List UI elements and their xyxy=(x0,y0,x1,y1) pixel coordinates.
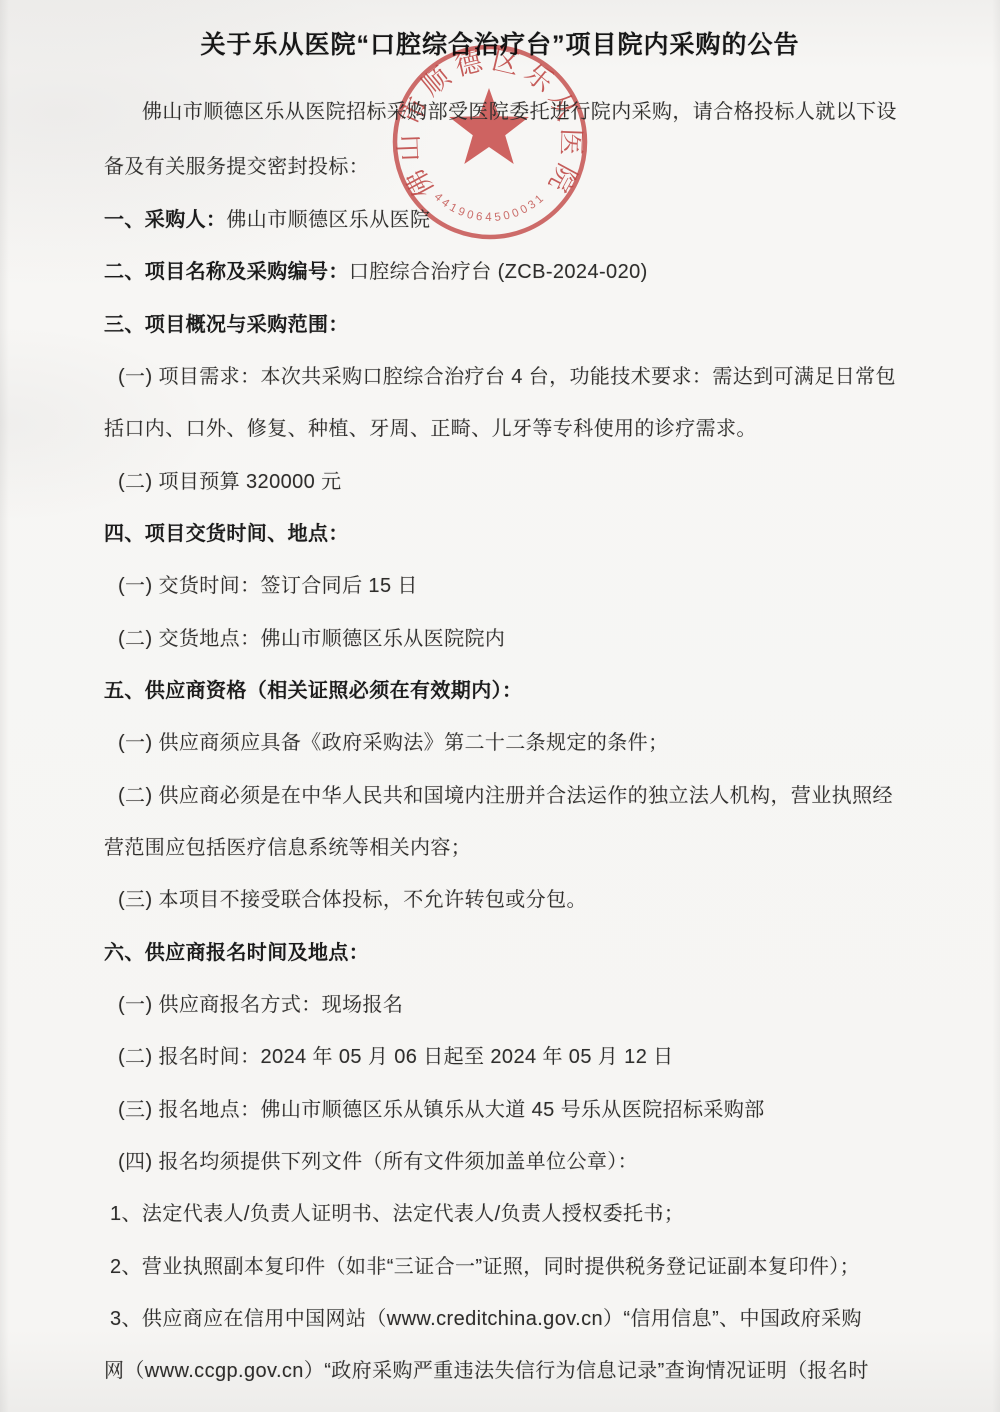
line-text: (三) 本项目不接受联合体投标，不允许转包或分包。 xyxy=(118,889,587,911)
seal-serial-text: 4419064500031 xyxy=(432,191,549,224)
line-text: 营范围应包括医疗信息系统等相关内容； xyxy=(104,837,471,859)
line-text: (一) 交货时间：签订合同后 15 日 xyxy=(118,575,418,597)
line-text: (四) 报名均须提供下列文件（所有文件须加盖单位公章）： xyxy=(118,1151,638,1173)
line-text: 佛山市顺德区乐从医院 xyxy=(226,209,430,231)
line-text: 佛山市顺德区乐从医院招标采购部受医院委托进行院内采购，请合格投标人就以下设 xyxy=(142,101,897,123)
section-5-item-1: (一) 供应商须应具备《政府采购法》第二十二条规定的条件； xyxy=(118,731,668,756)
line-text: (一) 供应商须应具备《政府采购法》第二十二条规定的条件； xyxy=(118,732,668,754)
section-1-purchaser: 一、采购人：佛山市顺德区乐从医院 xyxy=(104,208,430,233)
line-text: (一) 项目需求：本次共采购口腔综合治疗台 4 台，功能技术要求：需达到可满足日… xyxy=(118,366,896,388)
required-doc-3-line-1: 3、供应商应在信用中国网站（www.creditchina.gov.cn）“信用… xyxy=(110,1307,862,1332)
line-text: 网（www.ccgp.gov.cn）“政府采购严重违法失信行为信息记录”查询情况… xyxy=(104,1360,869,1382)
line-text: (二) 项目预算 320000 元 xyxy=(118,471,342,493)
line-label: 二、项目名称及采购编号： xyxy=(104,261,349,283)
section-4-item-1: (一) 交货时间：签订合同后 15 日 xyxy=(118,574,418,599)
line-text: (一) 供应商报名方式：现场报名 xyxy=(118,994,403,1016)
line-label: 四、项目交货时间、地点： xyxy=(104,523,349,545)
seal-serial-textpath: 4419064500031 xyxy=(432,191,549,224)
document-title: 关于乐从医院“口腔综合治疗台”项目院内采购的公告 xyxy=(0,25,1000,61)
line-text: (三) 报名地点：佛山市顺德区乐从镇乐从大道 45 号乐从医院招标采购部 xyxy=(118,1099,765,1121)
line-text: 1、法定代表人/负责人证明书、法定代表人/负责人授权委托书； xyxy=(110,1203,684,1225)
section-5-item-2-line-2: 营范围应包括医疗信息系统等相关内容； xyxy=(104,836,471,861)
section-6-heading: 六、供应商报名时间及地点： xyxy=(104,941,369,966)
section-5-item-2-line-1: (二) 供应商必须是在中华人民共和国境内注册并合法运作的独立法人机构，营业执照经 xyxy=(118,784,893,809)
required-doc-2: 2、营业执照副本复印件（如非“三证合一”证照，同时提供税务登记证副本复印件）； xyxy=(110,1255,860,1280)
line-label: 六、供应商报名时间及地点： xyxy=(104,942,369,964)
line-text: 括口内、口外、修复、种植、牙周、正畸、儿牙等专科使用的诊疗需求。 xyxy=(104,418,757,440)
section-3-item-2: (二) 项目预算 320000 元 xyxy=(118,470,342,495)
section-2-project-name: 二、项目名称及采购编号：口腔综合治疗台 (ZCB-2024-020) xyxy=(104,260,648,285)
line-label: 一、采购人： xyxy=(104,209,226,231)
line-text: (二) 供应商必须是在中华人民共和国境内注册并合法运作的独立法人机构，营业执照经 xyxy=(118,785,893,807)
line-text: 3、供应商应在信用中国网站（www.creditchina.gov.cn）“信用… xyxy=(110,1308,862,1330)
section-3-heading: 三、项目概况与采购范围： xyxy=(104,313,349,338)
section-4-heading: 四、项目交货时间、地点： xyxy=(104,522,349,547)
section-4-item-2: (二) 交货地点：佛山市顺德区乐从医院院内 xyxy=(118,627,505,652)
required-doc-1: 1、法定代表人/负责人证明书、法定代表人/负责人授权委托书； xyxy=(110,1202,684,1227)
line-label: 五、供应商资格（相关证照必须在有效期内）： xyxy=(104,680,522,702)
line-text: 备及有关服务提交密封投标： xyxy=(104,156,369,178)
section-6-item-1: (一) 供应商报名方式：现场报名 xyxy=(118,993,403,1018)
section-3-item-1-line-2: 括口内、口外、修复、种植、牙周、正畸、儿牙等专科使用的诊疗需求。 xyxy=(104,417,757,442)
section-3-item-1-line-1: (一) 项目需求：本次共采购口腔综合治疗台 4 台，功能技术要求：需达到可满足日… xyxy=(118,365,896,390)
section-5-item-3: (三) 本项目不接受联合体投标，不允许转包或分包。 xyxy=(118,888,587,913)
line-text: 2、营业执照副本复印件（如非“三证合一”证照，同时提供税务登记证副本复印件）； xyxy=(110,1256,860,1278)
section-5-heading: 五、供应商资格（相关证照必须在有效期内）： xyxy=(104,679,522,704)
scanned-document-page: 关于乐从医院“口腔综合治疗台”项目院内采购的公告 佛山市顺德区乐从医院 4419… xyxy=(0,0,1000,1412)
line-text: (二) 报名时间：2024 年 05 月 06 日起至 2024 年 05 月 … xyxy=(118,1046,674,1068)
intro-paragraph-line-1: 佛山市顺德区乐从医院招标采购部受医院委托进行院内采购，请合格投标人就以下设 xyxy=(142,100,897,125)
section-6-item-4: (四) 报名均须提供下列文件（所有文件须加盖单位公章）： xyxy=(118,1150,638,1175)
required-doc-3-line-2: 网（www.ccgp.gov.cn）“政府采购严重违法失信行为信息记录”查询情况… xyxy=(104,1359,869,1384)
line-text: (二) 交货地点：佛山市顺德区乐从医院院内 xyxy=(118,628,505,650)
section-6-item-3: (三) 报名地点：佛山市顺德区乐从镇乐从大道 45 号乐从医院招标采购部 xyxy=(118,1098,765,1123)
line-label: 三、项目概况与采购范围： xyxy=(104,314,349,336)
line-text: 口腔综合治疗台 (ZCB-2024-020) xyxy=(349,261,648,283)
section-6-item-2: (二) 报名时间：2024 年 05 月 06 日起至 2024 年 05 月 … xyxy=(118,1045,674,1070)
intro-paragraph-line-2: 备及有关服务提交密封投标： xyxy=(104,155,369,180)
